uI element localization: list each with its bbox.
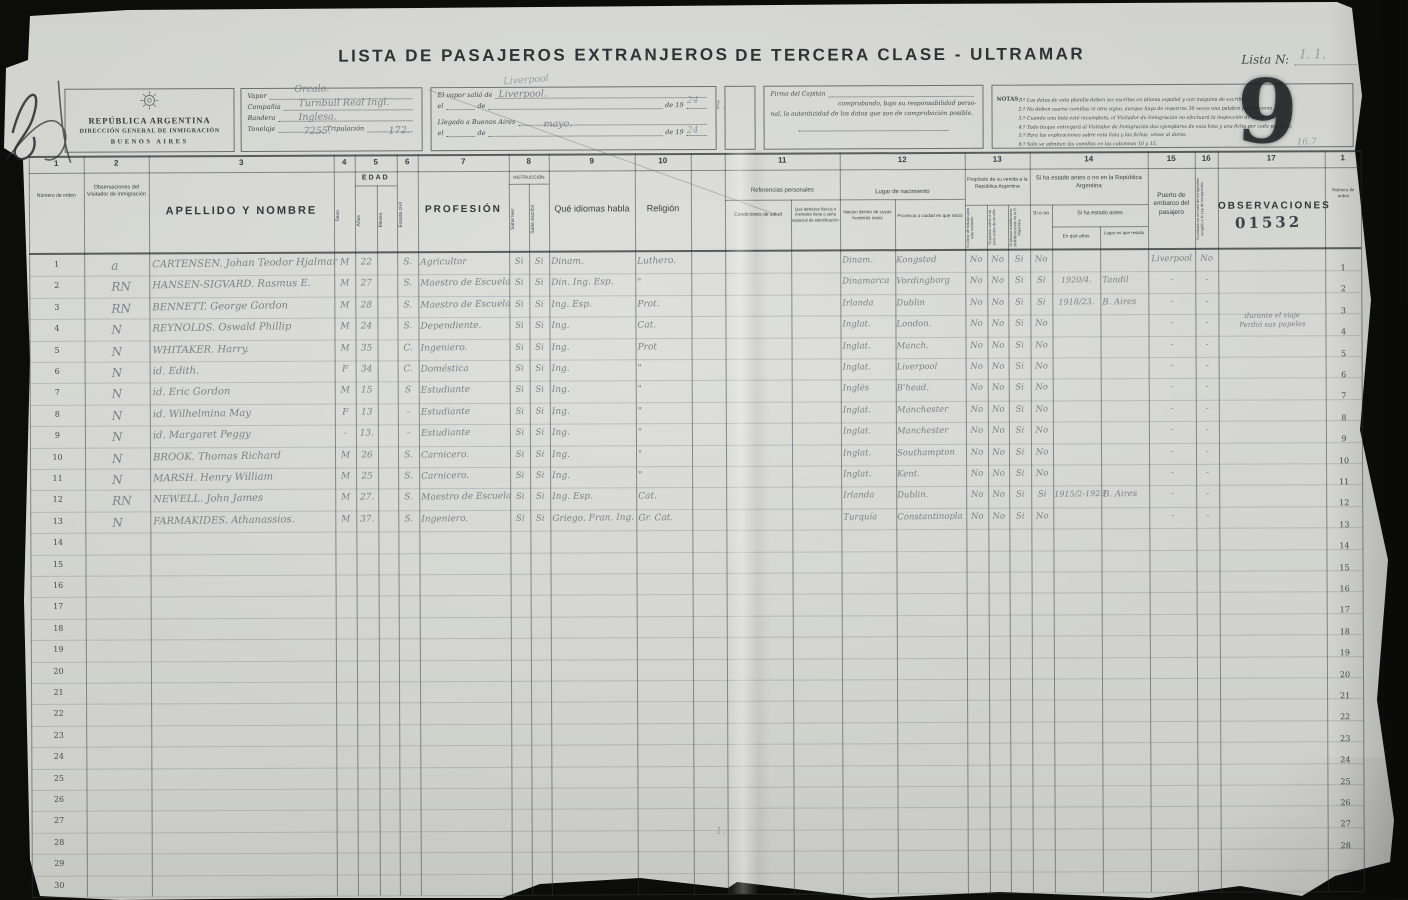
passenger-lee: Si (511, 492, 529, 502)
passenger-p1: No (966, 340, 986, 350)
passenger-estado: S (399, 386, 418, 396)
passenger-religion: Prot. (637, 299, 690, 310)
passenger-puerto: - (1150, 382, 1195, 393)
row-number-left: 16 (31, 581, 86, 590)
passenger-name: NEWELL. John James (153, 492, 335, 506)
passenger-visitor: N (112, 429, 148, 444)
row-line (31, 634, 1363, 641)
passenger-name: id. Edith. (153, 364, 335, 378)
passenger-nacion: Inglat. (843, 426, 895, 437)
row-line (31, 763, 1363, 770)
passenger-p1: No (967, 426, 987, 436)
row-number-left: 12 (30, 495, 85, 504)
row-line (32, 848, 1364, 855)
row-number-right: 2 (1325, 285, 1361, 294)
passenger-nacion: Inglat. (842, 340, 894, 351)
header-label-c8-sub2: Sabe escribir (531, 189, 547, 249)
passenger-name: id. Wilhelmina May (153, 406, 335, 420)
passenger-p2: No (988, 297, 1007, 307)
passenger-anos: 13. (357, 429, 377, 439)
row-line (32, 827, 1364, 834)
passenger-antes: No (1032, 447, 1052, 457)
row-number-right: 3 (1325, 306, 1361, 315)
passenger-puerto: - (1150, 403, 1195, 414)
header-label-c6-label: Estado civil (399, 179, 416, 249)
column-number-c18: 1 (1325, 153, 1361, 162)
passenger-anios_antes: 1920/4. (1053, 275, 1099, 285)
row-number-left: 6 (30, 367, 85, 376)
passenger-p2: No (989, 404, 1008, 414)
passenger-escribe: Si (531, 513, 549, 523)
row-number-left: 18 (31, 623, 86, 632)
passenger-p2: No (989, 511, 1008, 521)
column-number-c11: 11 (725, 155, 840, 165)
passenger-lee: Si (510, 342, 528, 352)
passenger-puerto: - (1149, 275, 1194, 286)
passenger-estado: S. (399, 471, 418, 481)
row-line (31, 613, 1363, 620)
header-label-c13-label: Propósito de su venida a la República Ar… (965, 177, 1030, 190)
row-number-left: 2 (29, 281, 84, 290)
row-number-left: 17 (31, 602, 86, 611)
passenger-antes: Si (1032, 490, 1052, 500)
passenger-escribe: Si (530, 278, 548, 288)
row-number-right: 18 (1327, 627, 1363, 636)
row-number-left: 29 (32, 859, 87, 868)
passenger-provincia: Manchester (897, 426, 965, 437)
passenger-name: id. Margaret Peggy (153, 428, 335, 442)
header-label-c13-sub1: Si viene de trabajo para este territorio (966, 207, 986, 248)
passenger-provincia: Liverpool (897, 362, 965, 373)
row-number-left: 28 (32, 837, 87, 846)
column-number-c6: 6 (397, 157, 418, 166)
passenger-idiomas: Ing. (552, 448, 635, 459)
passenger-nacion: Irlanda (843, 490, 895, 501)
passenger-lee: Si (510, 257, 528, 267)
passenger-visitor: a (111, 258, 147, 273)
passenger-lee: Si (511, 428, 529, 438)
passenger-name: HANSEN-SIGVARD. Rasmus E. (152, 278, 334, 292)
passenger-p2: No (989, 426, 1008, 436)
passenger-hotel: - (1196, 275, 1217, 285)
passenger-puerto: Liverpool (1149, 254, 1194, 265)
passenger-visitor: N (112, 365, 148, 380)
passenger-escribe: Si (531, 471, 549, 481)
margin-pencil-mark: 16.7 (1297, 137, 1317, 147)
passenger-p2: No (988, 340, 1007, 350)
passenger-anios_antes: 1918/23. (1053, 297, 1099, 307)
passenger-religion: " (638, 406, 691, 417)
row-line (30, 527, 1362, 534)
passenger-visitor: RN (112, 494, 148, 509)
grid-line (29, 167, 1361, 174)
passenger-p3: Si (1010, 447, 1030, 457)
passenger-visitor: N (112, 387, 148, 402)
passenger-lugar_antes: Tandil (1102, 275, 1147, 286)
passenger-profesion: Doméstica (421, 363, 509, 374)
passenger-profesion: Carnicero. (421, 470, 509, 481)
passenger-estado: C. (398, 343, 417, 353)
passenger-p1: No (967, 490, 987, 500)
row-number-right: 27 (1328, 820, 1364, 829)
header-label-c1-label: Número de orden (30, 193, 83, 200)
passenger-puerto: - (1150, 446, 1195, 457)
passenger-sexo: M (336, 514, 355, 524)
passenger-anos: 15 (357, 386, 377, 396)
row-number-right: 20 (1327, 670, 1363, 679)
passenger-puerto: - (1149, 318, 1194, 329)
passenger-escribe: Si (530, 299, 548, 309)
column-number-c12: 12 (840, 155, 965, 165)
row-number-right: 7 (1326, 392, 1362, 401)
passenger-lee: Si (511, 471, 529, 481)
passenger-puerto: - (1150, 489, 1195, 500)
passenger-hotel: - (1197, 446, 1218, 456)
passenger-anos: 28 (356, 300, 376, 310)
passenger-idiomas: Ing. (552, 363, 635, 374)
passenger-puerto: - (1150, 510, 1195, 521)
passenger-antes: Si (1031, 297, 1051, 307)
column-number-c5: 5 (355, 157, 397, 166)
row-number-left: 26 (31, 795, 86, 804)
grid-line (1052, 226, 1148, 227)
passenger-name: BROOK. Thomas Richard (153, 449, 335, 463)
row-number-right: 14 (1326, 541, 1362, 550)
passenger-estado: S. (399, 450, 418, 460)
row-number-right: 12 (1326, 499, 1362, 508)
header-label-c5-sub1: Años (357, 191, 375, 249)
column-number-c8: 8 (509, 157, 549, 166)
header-label-c14-sub_estado: Si ha estado antes (1052, 210, 1148, 218)
header-label-c14-sub_anios: En qué años (1053, 234, 1099, 240)
passenger-religion: " (638, 470, 691, 481)
row-number-left: 30 (32, 880, 87, 889)
passenger-puerto: - (1150, 425, 1195, 436)
passenger-name: MARSH. Henry William (153, 471, 335, 485)
header-label-c13-sub3: Si piensa establecerse definitivamente e… (1009, 207, 1029, 248)
passenger-name: WHITAKER. Harry. (152, 342, 334, 356)
passenger-religion: " (638, 427, 691, 438)
row-line (32, 870, 1364, 877)
passenger-provincia: Manch. (896, 340, 964, 351)
passenger-escribe: Si (531, 492, 549, 502)
passenger-estado: S. (398, 300, 417, 310)
passenger-sexo: M (335, 343, 354, 353)
passenger-lugar_antes: B. Aires (1102, 297, 1147, 308)
row-line (31, 784, 1363, 791)
column-number-c17: 17 (1218, 153, 1325, 162)
row-number-right: 15 (1326, 563, 1362, 572)
column-number-c16: 16 (1195, 154, 1218, 163)
row-number-right: 25 (1327, 777, 1363, 786)
passenger-anos: 27. (357, 493, 377, 503)
passenger-hotel: - (1197, 510, 1218, 520)
passenger-provincia: Dublin (896, 297, 964, 308)
passenger-hotel: No (1196, 254, 1217, 264)
passenger-visitor: N (112, 472, 148, 487)
bottom-pencil-mark: 1. (716, 826, 726, 837)
column-line (1052, 204, 1056, 892)
header-label-c12-label: Lugar de nacimiento (840, 189, 965, 197)
passenger-antes: No (1031, 254, 1051, 264)
passenger-name: REYNOLDS. Oswald Phillip (152, 321, 334, 335)
header-label-c11-sub1: Condiciones de salud (727, 212, 789, 219)
passenger-religion: Cat. (638, 491, 691, 502)
row-number-right: 21 (1327, 691, 1363, 700)
header-label-c12-sub1: Nación dentro de cuyas fronteras nació (841, 209, 894, 221)
passenger-religion: Luthero. (637, 256, 690, 267)
header-label-c17-label: OBSERVACIONES (1218, 199, 1325, 212)
passenger-lee: Si (511, 449, 529, 459)
row-number-left: 20 (31, 666, 86, 675)
passenger-provincia: Dublin. (897, 490, 965, 501)
passenger-obs: Perdió sus papeles (1220, 320, 1324, 330)
grid-line (509, 184, 549, 185)
passenger-nacion: Inglat. (843, 447, 895, 458)
passenger-nacion: Inglat. (843, 362, 895, 373)
passenger-antes: Si (1031, 276, 1051, 286)
passenger-p3: Si (1010, 511, 1030, 521)
row-number-right: 28 (1328, 841, 1364, 850)
passenger-visitor: N (112, 408, 148, 423)
row-line (32, 806, 1364, 813)
passenger-hotel: - (1196, 296, 1217, 306)
column-number-c3: 3 (149, 158, 334, 168)
header-label-c15-label: Puerto de embarco del pasajero (1148, 192, 1195, 218)
passenger-puerto: - (1150, 361, 1195, 372)
passenger-sexo: M (335, 300, 354, 310)
passenger-idiomas: Ing. (551, 320, 634, 331)
observaciones-stamp-number: 01532 (1235, 213, 1303, 232)
passenger-p2: No (988, 276, 1007, 286)
header-label-c14-sub_si: Sí o no (1031, 210, 1051, 217)
row-number-left: 25 (31, 773, 86, 782)
header-label-c16-label: Si entrará en el Hotel de Inmigrantes ac… (1196, 172, 1217, 246)
passenger-antes: No (1032, 361, 1052, 371)
passenger-antes: No (1032, 468, 1052, 478)
passenger-visitor: RN (111, 301, 147, 316)
column-line (725, 153, 729, 894)
header-label-c3-label: APELLIDO Y NOMBRE (150, 204, 333, 219)
header-label-c11-label: Referencias personales (725, 187, 840, 195)
column-line (1100, 226, 1104, 892)
row-line (31, 741, 1363, 748)
passenger-hotel: - (1197, 425, 1218, 435)
passenger-p3: Si (1009, 297, 1029, 307)
header-label-c5-label: EDAD (355, 173, 397, 182)
passenger-visitor: N (112, 515, 148, 530)
header-label-c8-sub1: Sabe leer (511, 189, 527, 249)
passenger-escribe: Si (530, 321, 548, 331)
column-number-c2: 2 (84, 158, 149, 167)
row-number-left: 3 (29, 302, 84, 311)
passenger-nacion: Inglat. (843, 405, 895, 416)
row-number-left: 11 (30, 474, 85, 483)
row-number-right: 8 (1326, 413, 1362, 422)
row-number-left: 14 (30, 538, 85, 547)
passenger-profesion: Dependiente. (420, 321, 508, 332)
row-line (31, 592, 1363, 599)
header-label-c14-label: Si ha estado antes o no en la República … (1030, 175, 1148, 191)
grid-line (965, 204, 1148, 206)
row-number-left: 4 (29, 324, 84, 333)
passenger-hotel: - (1197, 468, 1218, 478)
passenger-nacion: Dinamarca (842, 276, 894, 287)
passenger-escribe: Si (531, 364, 549, 374)
passenger-profesion: Estudiante (421, 428, 509, 439)
header-label-c10-label: Religión (635, 203, 691, 215)
passenger-p1: No (966, 255, 986, 265)
header-label-c7-label: PROFESIÓN (418, 203, 509, 216)
passenger-lee: Si (510, 299, 528, 309)
passenger-idiomas: Ing. Esp. (551, 299, 634, 310)
column-number-c4: 4 (334, 158, 355, 167)
grid-line (725, 199, 965, 201)
passenger-sexo: M (335, 257, 354, 267)
passenger-profesion: Estudiante (421, 406, 509, 417)
passenger-p3: Si (1010, 361, 1030, 371)
passenger-antes: No (1032, 511, 1052, 521)
passenger-idiomas: Griego. Fran. Ing. (552, 513, 635, 524)
passenger-profesion: Maestro de Escuela (420, 299, 508, 310)
row-number-left: 21 (31, 688, 86, 697)
passenger-p2: No (989, 362, 1008, 372)
passenger-estado: S. (398, 257, 417, 267)
passenger-escribe: Si (531, 385, 549, 395)
passenger-p3: Si (1010, 468, 1030, 478)
passenger-anos: 24 (356, 322, 376, 332)
row-number-left: 8 (30, 409, 85, 418)
passenger-profesion: Ingeniero. (421, 513, 509, 524)
header-label-c14-sub_lugar: Lugar en que residió (1101, 230, 1147, 236)
passenger-nacion: Inglat. (843, 469, 895, 480)
passenger-religion: Prot (637, 341, 690, 352)
row-number-right: 5 (1326, 349, 1362, 358)
passenger-p2: No (988, 255, 1007, 265)
column-number-c1: 1 (29, 159, 84, 168)
passenger-p1: No (966, 276, 986, 286)
passenger-idiomas: Ing. (552, 470, 635, 481)
passenger-lee: Si (511, 513, 529, 523)
column-line (84, 156, 88, 897)
passenger-antes: No (1031, 340, 1051, 350)
header-label-c2-label: Observaciones del Visitador de Inmigraci… (85, 184, 148, 199)
passenger-nacion: Inglat. (842, 319, 894, 330)
passenger-sexo: M (336, 471, 355, 481)
passenger-estado: - (399, 428, 418, 438)
passenger-provincia: Constantinopla (897, 511, 965, 522)
passenger-idiomas: Ing. (551, 341, 634, 352)
passenger-provincia: Kongsted (896, 255, 964, 266)
passenger-profesion: Maestro de Escuela (420, 278, 508, 289)
passenger-hotel: - (1196, 339, 1217, 349)
passenger-p1: No (966, 319, 986, 329)
passenger-escribe: Si (531, 428, 549, 438)
passenger-provincia: B'head. (897, 383, 965, 394)
passenger-p1: No (967, 383, 987, 393)
passenger-p1: No (967, 469, 987, 479)
passenger-profesion: Maestro de Escuela (421, 492, 509, 503)
header-label-c9-label: Qué idiomas habla (549, 203, 635, 215)
passenger-antes: No (1032, 383, 1052, 393)
passenger-sexo: M (335, 322, 354, 332)
column-number-c15: 15 (1148, 154, 1195, 163)
row-line (31, 699, 1363, 706)
passenger-p1: No (967, 404, 987, 414)
passenger-antes: No (1032, 404, 1052, 414)
passenger-puerto: - (1150, 468, 1195, 479)
row-number-right: 11 (1326, 477, 1362, 486)
row-line (31, 677, 1363, 684)
passenger-name: FARMAKIDES. Athanassios. (153, 513, 335, 527)
passenger-sexo: F (336, 364, 355, 374)
row-number-right: 22 (1327, 713, 1363, 722)
row-number-right: 23 (1327, 734, 1363, 743)
column-line (987, 205, 991, 893)
header-label-c18-label: Número de orden (1326, 187, 1361, 199)
passenger-profesion: Ingeniero. (420, 342, 508, 353)
row-number-left: 1 (29, 260, 84, 269)
passenger-p1: No (967, 511, 987, 521)
passenger-estado: C. (399, 364, 418, 374)
row-line (32, 891, 1364, 898)
passenger-p3: Si (1010, 383, 1030, 393)
passenger-idiomas: Ing. (552, 384, 635, 395)
row-number-left: 13 (30, 516, 85, 525)
column-number-c10: 10 (635, 156, 691, 165)
column-line (791, 200, 795, 894)
passenger-religion: " (637, 277, 690, 288)
row-line (31, 720, 1363, 727)
passenger-p3: Si (1010, 404, 1030, 414)
passenger-p3: Si (1009, 254, 1029, 264)
passenger-provincia: Southampton (897, 447, 965, 458)
passenger-table: 12345678910111213141516171Número de orde… (0, 0, 1408, 900)
passenger-profesion: Carnicero. (421, 449, 509, 460)
passenger-profesion: Agricultor (420, 256, 508, 267)
passenger-p3: Si (1010, 490, 1030, 500)
row-number-left: 15 (30, 559, 85, 568)
passenger-antes: No (1032, 426, 1052, 436)
row-number-right: 13 (1326, 520, 1362, 529)
passenger-p3: Si (1009, 319, 1029, 329)
row-number-right: 26 (1328, 798, 1364, 807)
row-number-right: 24 (1327, 755, 1363, 764)
column-number-c14: 14 (1030, 154, 1148, 164)
row-number-right: 16 (1327, 584, 1363, 593)
row-number-right: 1 (1325, 263, 1361, 272)
passenger-p2: No (989, 469, 1008, 479)
row-line (31, 570, 1363, 577)
passenger-anos: 27 (356, 279, 376, 289)
passenger-antes: No (1031, 319, 1051, 329)
passenger-p1: No (966, 297, 986, 307)
passenger-idiomas: Ing. (552, 427, 635, 438)
passenger-name: id. Eric Gordon (153, 385, 335, 399)
passenger-name: BENNETT. George Gordon (152, 299, 334, 313)
passenger-sexo: F (336, 407, 355, 417)
passenger-p2: No (989, 447, 1008, 457)
passenger-hotel: - (1197, 382, 1218, 392)
passenger-anos: 37. (357, 514, 377, 524)
header-label-c5-sub2: Meses (379, 191, 395, 249)
passenger-p1: No (967, 362, 987, 372)
header-label-c11-sub2: Qué defectos físicos o mentales tiene o … (792, 206, 839, 223)
passenger-hotel: - (1197, 489, 1218, 499)
column-line (1218, 151, 1222, 892)
passenger-provincia: Vordingborg (896, 276, 964, 287)
passenger-anos: 22 (356, 257, 376, 267)
